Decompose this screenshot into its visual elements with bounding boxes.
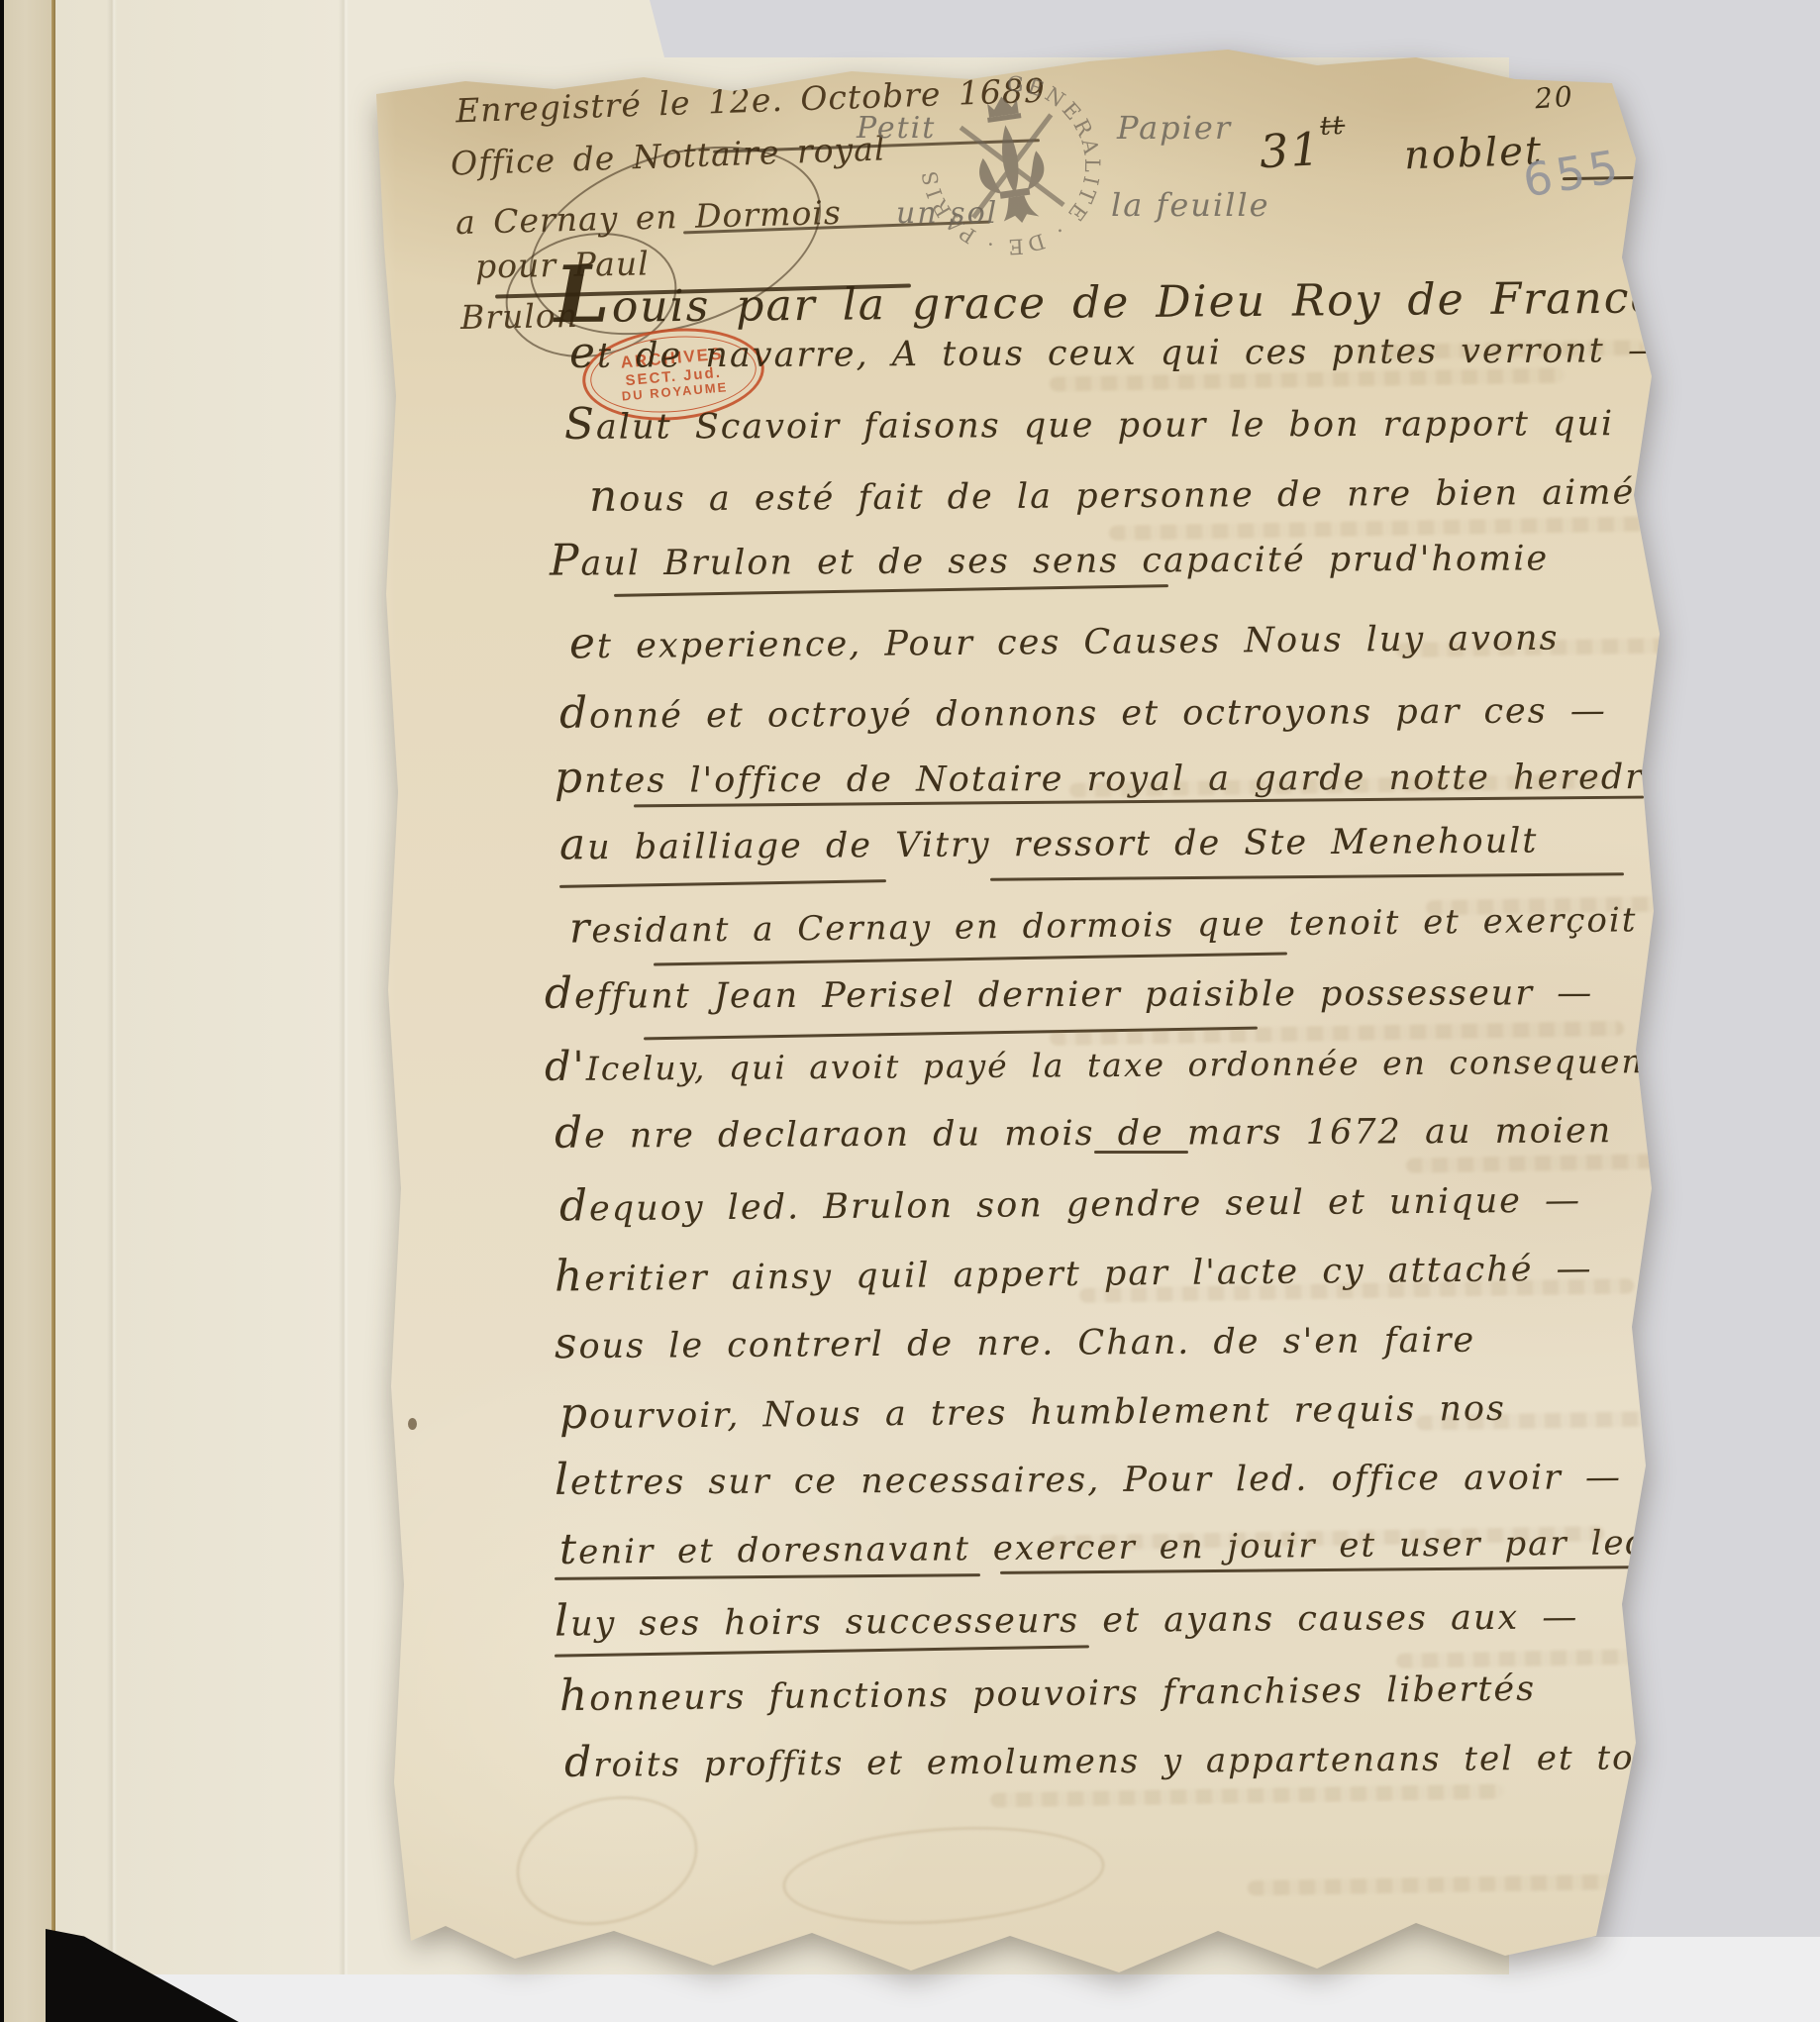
ink-rule [559,879,886,888]
page-crease [107,0,117,1974]
manuscript-line: dequoy led. Brulon son gendre seul et un… [559,1171,1581,1231]
bleed-through-line [1248,1874,1624,1896]
manuscript-line: et experience, Pour ces Causes Nous luy … [569,610,1560,669]
manuscript-line: lettres sur ce necessaires, Pour led. of… [555,1449,1622,1505]
archival-photo: Enregistré le 12e. Octobre 1689 Office d… [0,0,1820,2022]
ink-rule [555,1645,1089,1657]
manuscript-line: pourvoir, Nous a tres humblement requis … [559,1380,1506,1439]
tax-stamp-word-la-feuille: la feuille [1111,186,1270,224]
manuscript-line: deffunt Jean Perisel dernier paisible po… [545,964,1593,1019]
bleed-through-line [990,1783,1505,1807]
manuscript-sheet: Enregistré le 12e. Octobre 1689 Office d… [356,46,1673,1978]
tax-stamp-word-papier: Papier [1117,109,1232,147]
manuscript-line: donné et octroyé donnons et octroyons pa… [559,682,1607,739]
fee-unit-livres: tt [1320,110,1346,141]
manuscript-line: au bailliage de Vitry ressort de Ste Men… [559,813,1539,870]
manuscript-line: honneurs functions pouvoirs franchises l… [559,1661,1537,1721]
ink-rule [555,1573,980,1580]
fee-number: 31 [1259,122,1323,178]
folio-number: 20 [1534,80,1575,116]
ink-rule [614,584,1168,597]
fee-amount: 31tt [1259,121,1348,179]
manuscript-sheet-wrap: Enregistré le 12e. Octobre 1689 Office d… [356,46,1673,1978]
previous-page-edge [4,0,51,2022]
manuscript-line: Paul Brulon et de ses sens capacité prud… [550,530,1549,585]
bleed-through-line [1396,1646,1820,1668]
ghost-flourish [779,1817,1108,1935]
manuscript-line: nous a esté fait de la personne de nre b… [589,463,1695,522]
manuscript-line: droits proffits et emolumens y appartena… [564,1731,1673,1787]
manuscript-line: sous le contrerl de nre. Chan. de s'en f… [555,1312,1475,1368]
manuscript-line: luy ses hoirs successeurs et ayans cause… [555,1588,1579,1646]
page-crease [339,0,349,1974]
ink-speck [408,1418,417,1430]
manuscript-line: de nre declaraon du mois de mars 1672 au… [555,1102,1613,1159]
bleed-through-line [1406,1151,1820,1172]
ink-rule [654,952,1287,965]
ink-rule [1094,1151,1188,1154]
manuscript-line: Salut Scavoir faisons que pour le bon ra… [564,395,1614,450]
photo-left-edge [0,0,4,2022]
ghost-flourish [503,1777,712,1943]
ink-rule [990,872,1624,881]
